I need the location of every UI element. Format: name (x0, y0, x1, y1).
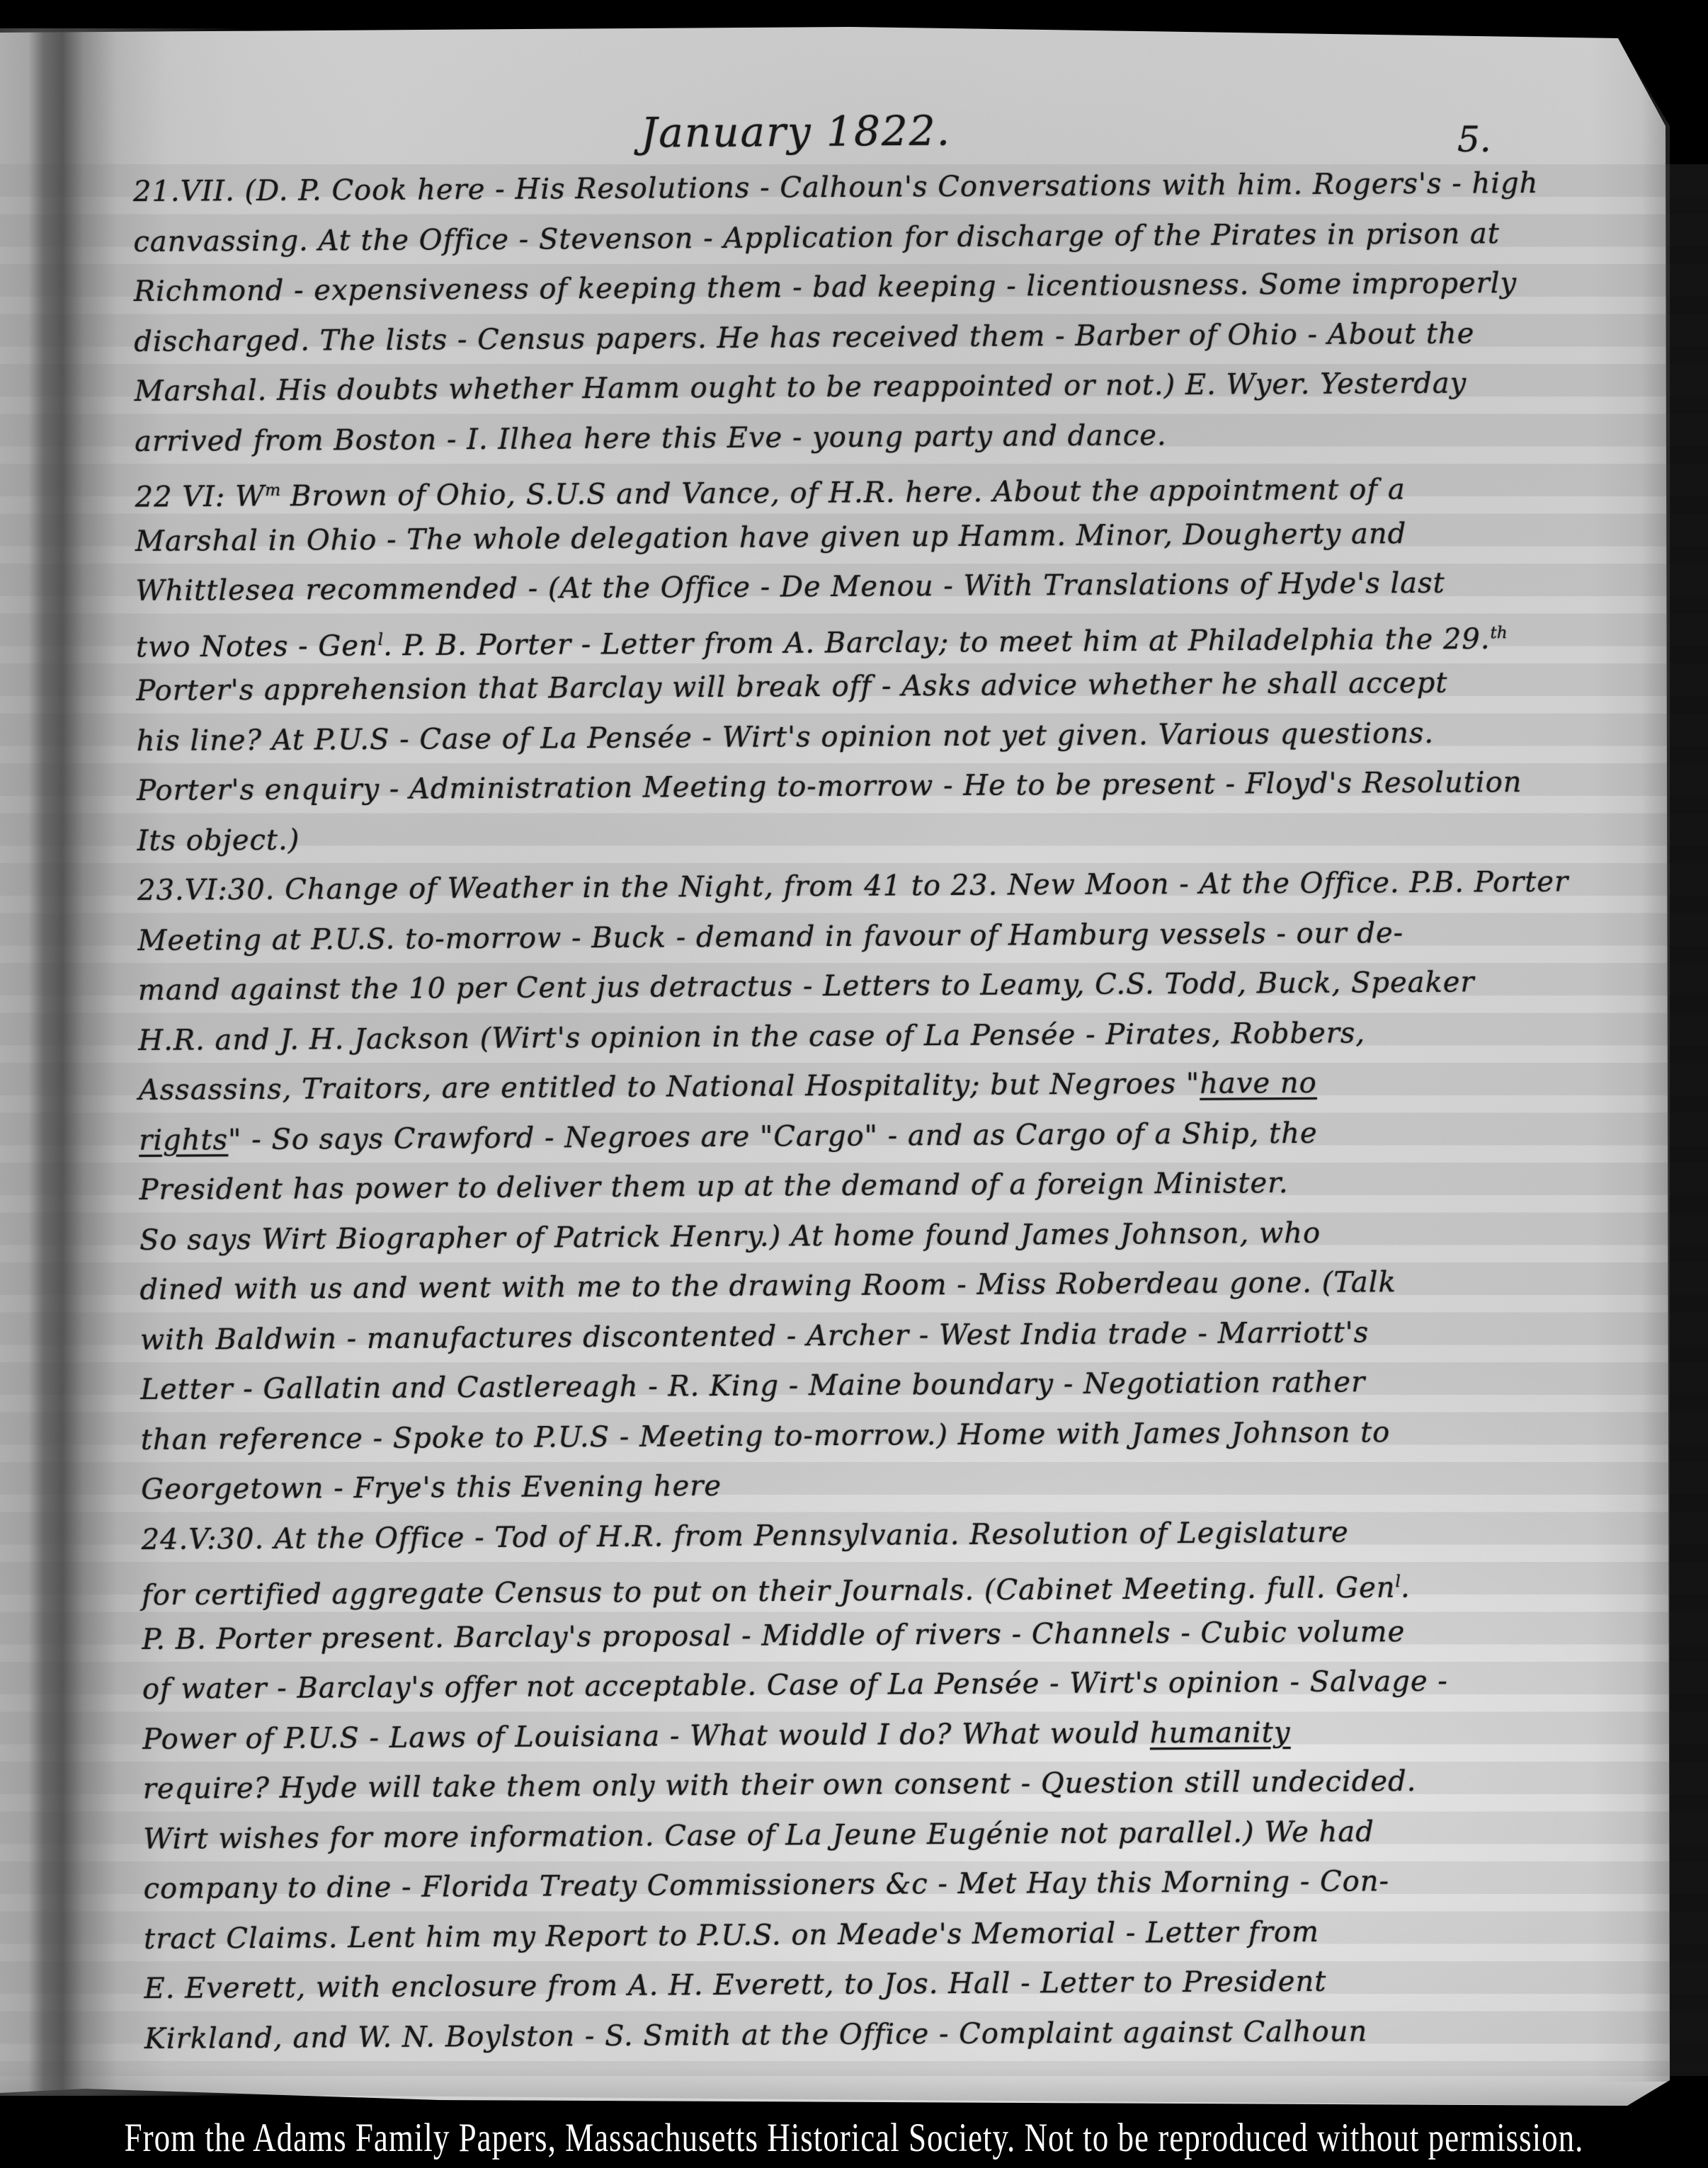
manuscript-line: H.R. and J. H. Jackson (Wirt's opinion i… (138, 1007, 1632, 1066)
manuscript-line: 22 VI: Wm Brown of Ohio, S.U.S and Vance… (135, 457, 1629, 516)
manuscript-line: with Baldwin - manufactures discontented… (140, 1306, 1634, 1365)
manuscript-line: Kirkland, and W. N. Boylston - S. Smith … (144, 2005, 1639, 2064)
manuscript-line: two Notes - Genl. P. B. Porter - Letter … (136, 607, 1630, 666)
manuscript-line: tract Claims. Lent him my Report to P.U.… (144, 1905, 1638, 1964)
manuscript-line: require? Hyde will take them only with t… (143, 1755, 1637, 1814)
manuscript-line: company to dine - Florida Treaty Commiss… (143, 1855, 1637, 1914)
manuscript-line: discharged. The lists - Census papers. H… (134, 308, 1628, 367)
manuscript-line: 24.V:30. At the Office - Tod of H.R. fro… (141, 1506, 1635, 1565)
manuscript-line: arrived from Boston - I. Ilhea here this… (135, 408, 1629, 467)
manuscript-line: Power of P.U.S - Laws of Louisiana - Wha… (142, 1706, 1636, 1764)
page-number: 5. (1457, 119, 1491, 160)
manuscript-line: canvassing. At the Office - Stevenson - … (133, 208, 1627, 267)
manuscript-line: Its object.) (137, 807, 1631, 866)
manuscript-line: P. B. Porter present. Barclay's proposal… (142, 1606, 1636, 1665)
manuscript-line: dined with us and went with me to the dr… (140, 1256, 1634, 1315)
scanned-page: January 1822. 5. 21.VII. (D. P. Cook her… (0, 0, 1708, 2168)
manuscript-line: Letter - Gallatin and Castlereagh - R. K… (140, 1356, 1634, 1415)
manuscript-lines: 21.VII. (D. P. Cook here - His Resolutio… (133, 158, 1639, 2064)
manuscript-line: his line? At P.U.S - Case of La Pensée -… (137, 707, 1631, 766)
manuscript-line: Marshal in Ohio - The whole delegation h… (135, 508, 1629, 566)
manuscript-line: 23.VI:30. Change of Weather in the Night… (137, 857, 1632, 915)
manuscript-line: Porter's apprehension that Barclay will … (136, 657, 1630, 716)
manuscript-line: Meeting at P.U.S. to-morrow - Buck - dem… (137, 907, 1632, 966)
manuscript-line: mand against the 10 per Cent jus detract… (138, 957, 1632, 1015)
manuscript-line: Wirt wishes for more information. Case o… (143, 1805, 1637, 1864)
manuscript-line: Whittlesea recommended - (At the Office … (135, 557, 1629, 616)
page-title: January 1822. (641, 106, 952, 156)
manuscript-line: of water - Barclay's offer not acceptabl… (142, 1655, 1636, 1714)
footer-bar: From the Adams Family Papers, Massachuse… (0, 2106, 1708, 2168)
manuscript-line: rights" - So says Crawford - Negroes are… (139, 1107, 1633, 1165)
manuscript-line: Assassins, Traitors, are entitled to Nat… (139, 1056, 1633, 1115)
footer-credit: From the Adams Family Papers, Massachuse… (125, 2113, 1584, 2161)
manuscript-line: So says Wirt Biographer of Patrick Henry… (140, 1206, 1634, 1265)
manuscript-line: than reference - Spoke to P.U.S - Meetin… (141, 1406, 1635, 1465)
manuscript-line: Porter's enquiry - Administration Meetin… (137, 757, 1631, 816)
manuscript-line: Marshal. His doubts whether Hamm ought t… (135, 358, 1629, 416)
manuscript-line: President has power to deliver them up a… (139, 1156, 1633, 1215)
manuscript-line: for certified aggregate Census to put on… (142, 1556, 1636, 1614)
manuscript-line: Richmond - expensiveness of keeping them… (134, 258, 1628, 316)
manuscript-line: E. Everett, with enclosure from A. H. Ev… (144, 1955, 1638, 2014)
manuscript-line: 21.VII. (D. P. Cook here - His Resolutio… (133, 158, 1627, 217)
manuscript-line: Georgetown - Frye's this Evening here (141, 1456, 1635, 1514)
